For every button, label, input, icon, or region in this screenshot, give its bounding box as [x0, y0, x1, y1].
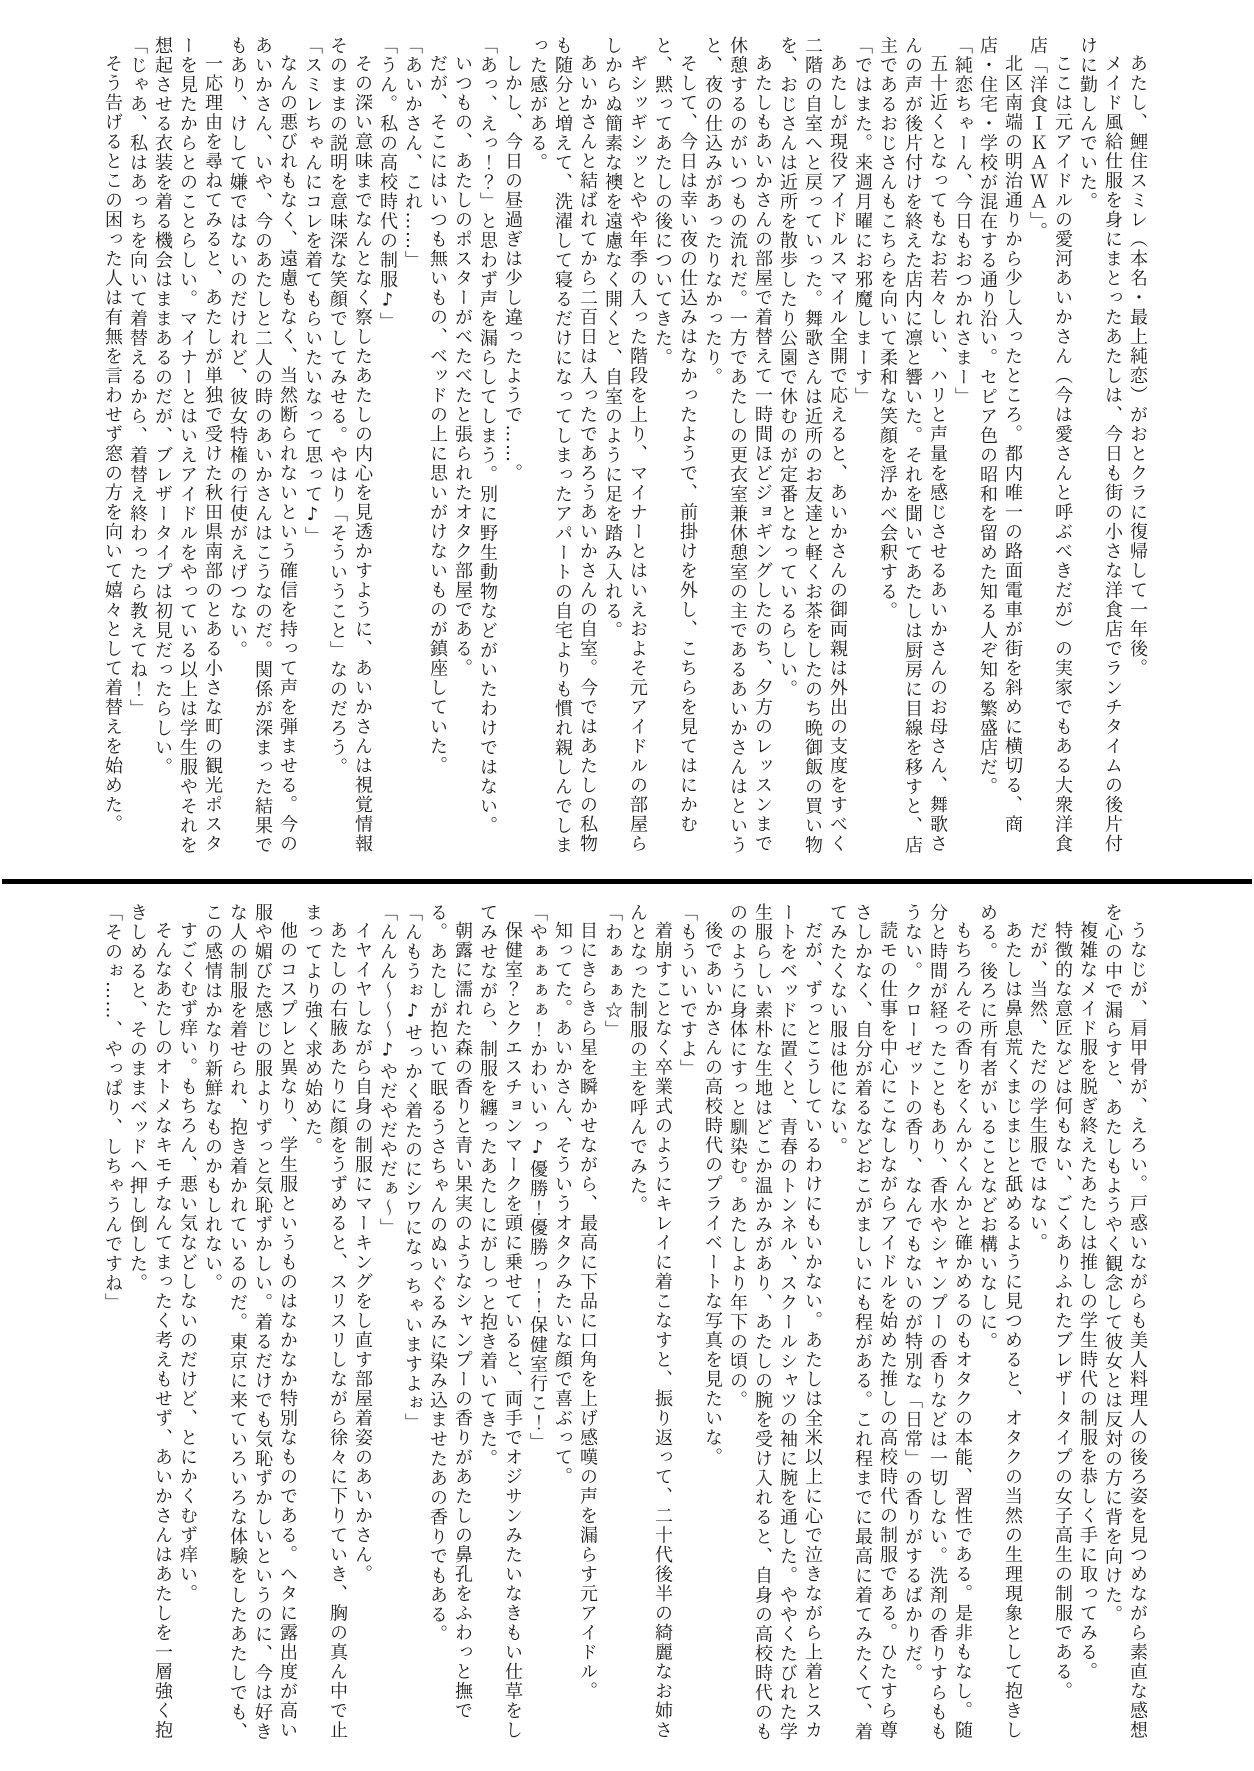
paragraph: メイド風給仕服を身にまとったあたしは、今日も街の小さな洋食店でランチタイムの後片…: [1075, 36, 1125, 864]
paragraph: そう告げるとこの困った人は有無を言わせず窓の方を向いて嬉々として着替えを始めた。: [100, 36, 125, 864]
paragraph: 「ではまた。来週月曜にお邪魔しまーす」: [850, 36, 875, 864]
section-divider: [2, 879, 1252, 884]
story-section-bottom: うなじが、肩甲骨が、えろい。戸惑いながらも美人料理人の後ろ姿を見つめながら素直な…: [42, 903, 1150, 1745]
paragraph: イヤイヤしながら自身の制服にマーキングをし直す部屋着姿のあいかさん。: [350, 903, 375, 1745]
paragraph: 「そのぉ……、やっぱり、しちゃうんですね」: [100, 903, 125, 1745]
paragraph: すごくむず痒い。もちろん、悪い気などしないのだけど、とにかくむず痒い。: [175, 903, 200, 1745]
paragraph: 「じゃあ、私はあっちを向いて着替えるから、着替え終わったら教えてね！」: [125, 36, 150, 864]
paragraph: だが、当然、ただの学生服ではない。: [1025, 903, 1050, 1745]
paragraph: 一応理由を尋ねてみると、あたしが単独で受けた秋田県南部のとある小さな町の観光ポス…: [150, 36, 225, 864]
paragraph: ここは元アイドルの愛河あいかさん（今は愛さんと呼ぶべきだが）の実家でもある大衆洋…: [1025, 36, 1075, 864]
paragraph: もちろんその香りをくんかくんかと確かめるのもオタクの本能、習性である。是非もなし…: [900, 903, 975, 1745]
paragraph: そして、今日は幸い夜の仕込みはなかったようで、前掛けを外し、こちらを見てはにかむ…: [650, 36, 700, 864]
paragraph: 「あっ、えっ！？」と思わず声を漏らしてしまう。別に野生動物などがいたわけではない…: [475, 36, 500, 864]
paragraph: 「んんん～～～♪やだやだやだぁ～」: [375, 903, 400, 1745]
paragraph: そんなあたしのオトメなキモチなんてまったく考えもせず、あいかさんはあたしを一層強…: [125, 903, 175, 1745]
paragraph: 知ってた。あいかさん、そういうオタクみたいな顔で喜ぶって。: [550, 903, 575, 1745]
paragraph: 「やぁぁぁぁ！かわいいっ♪優勝！優勝っ！！保健室行こ！」: [525, 903, 550, 1745]
paragraph: なんの悪びれもなく、遠慮もなく、当然断られないという確信を持って声を弾ませる。今…: [225, 36, 300, 864]
paragraph: 保健室？とクエスチョンマークを頭に乗せていると、両手でオジサンみたいなきもい仕草…: [475, 903, 525, 1745]
paragraph: だが、ずっとこうしているわけにもいかない。あたしは全米以上に心で泣きながら上着と…: [725, 903, 825, 1745]
paragraph: 読モの仕事を中心にこなしながらアイドルを始めた推しの高校時代の制服である。ひたす…: [825, 903, 900, 1745]
paragraph: あたしもあいかさんの部屋で着替えて一時間ほどジョギングしたのち、夕方のレッスンま…: [700, 36, 775, 864]
paragraph: だが、そこにはいつも無いもの、ベッドの上に思いがけないものが鎮座していた。: [425, 36, 450, 864]
paragraph: 「スミレちゃんにコレを着てもらいたいなって思って♪」: [300, 36, 325, 864]
paragraph: しかし、今日の昼過ぎは少し違ったようで……。: [500, 36, 525, 864]
paragraph: あたしは鼻息荒くまじまじと舐めるように見つめると、オタクの当然の生理現象として抱…: [975, 903, 1025, 1745]
paragraph: 「純恋ちゃーん、今日もおつかれさまー」: [950, 36, 975, 864]
paragraph: 着崩すことなく卒業式のようにキレイに着こなすと、振り返って、二十代後半の綺麗なお…: [625, 903, 675, 1745]
paragraph: あいかさんと結ばれてから二百日は入ったであろうあいかさんの自室。今ではあたしの私…: [525, 36, 600, 864]
paragraph: あたし、鯉住スミレ（本名・最上純恋）がおとクラに復帰して一年後。: [1125, 36, 1150, 864]
paragraph: 他のコスプレと異なり、学生服というものはなかなか特別なものである。ヘタに露出度が…: [200, 903, 300, 1745]
paragraph: その深い意味までなんとなく察したあたしの内心を見透かすように、あいかさんは視覚情…: [325, 36, 375, 864]
paragraph: 「もういいですよ」: [675, 903, 700, 1745]
paragraph: 「わぁぁぁ☆」: [600, 903, 625, 1745]
paragraph: 後であいかさんの高校時代のプライベートな写真を見たいな。: [700, 903, 725, 1745]
paragraph: うなじが、肩甲骨が、えろい。戸惑いながらも美人料理人の後ろ姿を見つめながら素直な…: [1100, 903, 1150, 1745]
paragraph: 五十近くとなってもなお若々しい、ハリと声量を感じさせるあいかさんのお母さん、舞歌…: [875, 36, 950, 864]
paragraph: ギシッギシッとやや年季の入った階段を上り、マイナーとはいえおよそ元アイドルの部屋…: [600, 36, 650, 864]
paragraph: 目にきらきら星を瞬かせながら、最高に下品に口角を上げ感嘆の声を漏らす元アイドル。: [575, 903, 600, 1745]
paragraph: 複雑なメイド服を脱ぎ終えたあたしは推しの学生時代の制服を恭しく手に取ってみる。: [1075, 903, 1100, 1745]
paragraph: 「うん。私の高校時代の制服♪」: [375, 36, 400, 864]
story-section-top: あたし、鯉住スミレ（本名・最上純恋）がおとクラに復帰して一年後。メイド風給仕服を…: [42, 36, 1150, 864]
novel-page: あたし、鯉住スミレ（本名・最上純恋）がおとクラに復帰して一年後。メイド風給仕服を…: [0, 0, 1254, 1771]
paragraph: いつもの、あたしのポスターがべたべたと張られたオタク部屋である。: [450, 36, 475, 864]
paragraph: あたしの右腋あたりに顔をうずめると、スリスリしながら徐々に下りていき、胸の真ん中…: [300, 903, 350, 1745]
paragraph: 「あいかさん、これ……」: [400, 36, 425, 864]
paragraph: 朝露に濡れた森の香りと青い果実のようなシャンプーの香りがあたしの鼻孔をふわっと撫…: [425, 903, 475, 1745]
paragraph: 「んもうぉ♪せっかく着たのにシワになっちゃいますよぉ」: [400, 903, 425, 1745]
paragraph: 北区南端の明治通りから少し入ったところ。都内唯一の路面電車が街を斜めに横切る、商…: [975, 36, 1025, 864]
paragraph: あたしが現役アイドルスマイル全開で応えると、あいかさんの御両親は外出の支度をすべ…: [775, 36, 850, 864]
paragraph: 特徴的な意匠などは何もない、ごくありふれたブレザータイプの女子高生の制服である。: [1050, 903, 1075, 1745]
